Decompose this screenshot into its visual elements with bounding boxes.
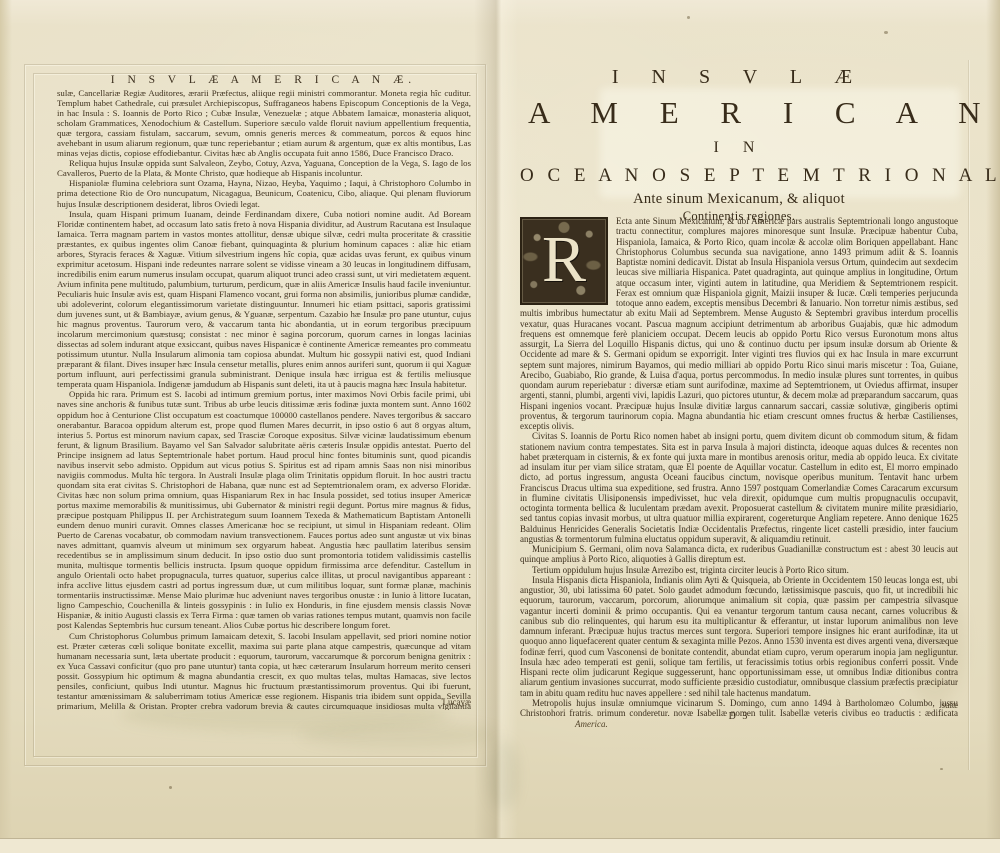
book-spread-scan: I N S V L Æ A M E R I C A N Æ. sulæ, Can…: [0, 0, 1000, 853]
paper-left-edge: [0, 0, 12, 840]
title-line-in: I N: [520, 139, 958, 157]
opening-paragraph: REcta ante Sinum Mexicanum, & ubi Americ…: [520, 216, 958, 431]
paragraph: Tertium oppidulum hujus Insulæ Arrezibo …: [520, 565, 958, 575]
paragraph: Oppida hic rara. Primum est S. Iacobi ad…: [57, 389, 471, 630]
left-catchword: Lucayæ: [57, 697, 471, 707]
woodcut-initial-R: R: [520, 217, 608, 305]
subtitle-line-1: Ante sinum Mexicanum, & aliquot: [520, 191, 958, 208]
paragraph: Hispaniolæ flumina celebriora sunt Ozama…: [57, 178, 471, 208]
center-fold: [474, 0, 518, 840]
title-line-oceano: O C E A N O S E P T E M T R I O N A L I,: [520, 165, 958, 187]
underlying-page-edge: [0, 838, 1000, 853]
paragraph: Insula, quam Hispani primum Iuanam, dein…: [57, 209, 471, 390]
paper-sheet: I N S V L Æ A M E R I C A N Æ. sulæ, Can…: [0, 0, 1000, 840]
left-page-body-text: sulæ, Cancellariæ Regiæ Auditores, ærari…: [57, 88, 471, 710]
paragraph: Civitas S. Ioannis de Portu Rico nomen h…: [520, 431, 958, 544]
title-line-insulae: I N S V L Æ: [520, 66, 958, 89]
paragraph: Reliqua hujus Insulæ oppida sunt Salvale…: [57, 158, 471, 178]
paper-speck: [169, 786, 172, 789]
paragraph: sulæ, Cancellariæ Regiæ Auditores, ærari…: [57, 88, 471, 158]
plate-label-america: America.: [575, 719, 608, 729]
paragraph: Municipium S. Germani, olim nova Salaman…: [520, 544, 958, 565]
paper-speck: [884, 31, 888, 34]
right-catchword: sulæ: [520, 700, 958, 710]
right-page-body-text: REcta ante Sinum Mexicanum, & ubi Americ…: [520, 216, 958, 716]
paper-speck: [687, 16, 690, 19]
title-line-americanae: A M E R I C A N Æ,: [520, 95, 958, 131]
left-running-head: I N S V L Æ A M E R I C A N Æ.: [57, 74, 470, 86]
paper-speck: [940, 768, 943, 770]
right-page-title-block: I N S V L Æ A M E R I C A N Æ, I N O C E…: [520, 66, 958, 224]
paragraph: Insula Hispanis dicta Hispaniola, Indian…: [520, 575, 958, 698]
